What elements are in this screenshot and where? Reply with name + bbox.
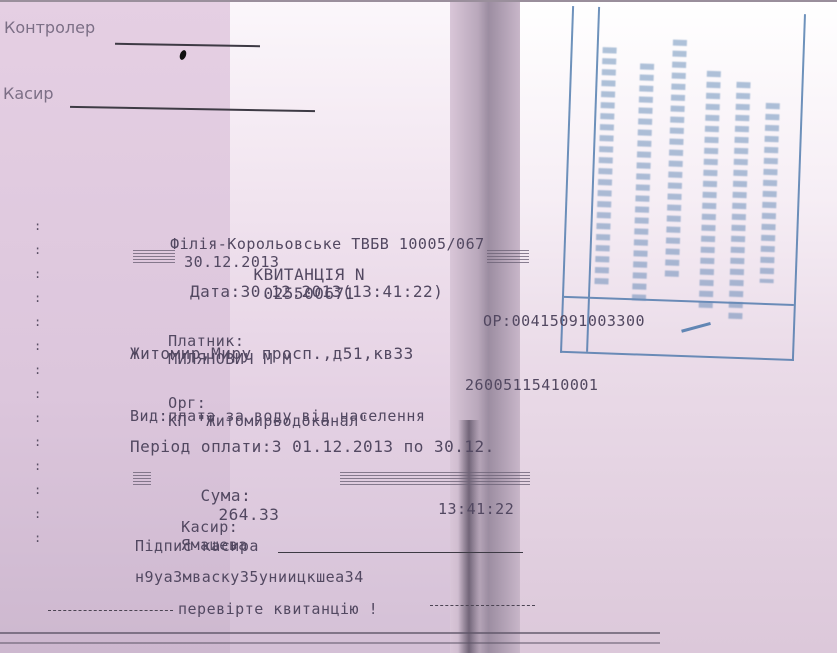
verification-code: н9уаЗмваску35униицкшеа34: [135, 568, 364, 586]
receipt: :::::::::::::: Філія-Корольовське ТВБВ 1…: [0, 0, 837, 653]
cashier-line: Касир: Ямашева: [143, 500, 248, 572]
payment-type: Вид:плата за воду від населення: [130, 407, 425, 425]
barcode-right: [487, 250, 529, 264]
bottom-rule: [0, 632, 660, 634]
cashier-signature-line-receipt: [278, 552, 523, 554]
cashier-label-receipt: Касир:: [181, 518, 238, 536]
payment-period: Період оплати:3 01.12.2013 по 30.12.: [130, 437, 495, 456]
payer-address: Житомир,Миру просп.,д51,кв33: [130, 344, 414, 363]
barcode-sum-right: [340, 472, 530, 486]
receipt-date: Дата:30.12.2013(13:41:22): [190, 282, 443, 301]
footer-dash-left: [48, 610, 173, 611]
org-account: 26005115410001: [465, 376, 598, 394]
barcode-left: [133, 250, 175, 264]
perforation-dots: ::::::::::::::: [34, 220, 42, 544]
footer-dash-right: [430, 605, 535, 606]
cashier-time: 13:41:22: [438, 500, 514, 518]
footer-note: перевірте квитанцію !: [178, 600, 378, 618]
bottom-rule-2: [0, 642, 660, 644]
payer-account: ОР:00415091003300: [483, 312, 645, 330]
signature-label: Підпис касира: [135, 537, 259, 555]
barcode-sum-left: [133, 472, 151, 486]
